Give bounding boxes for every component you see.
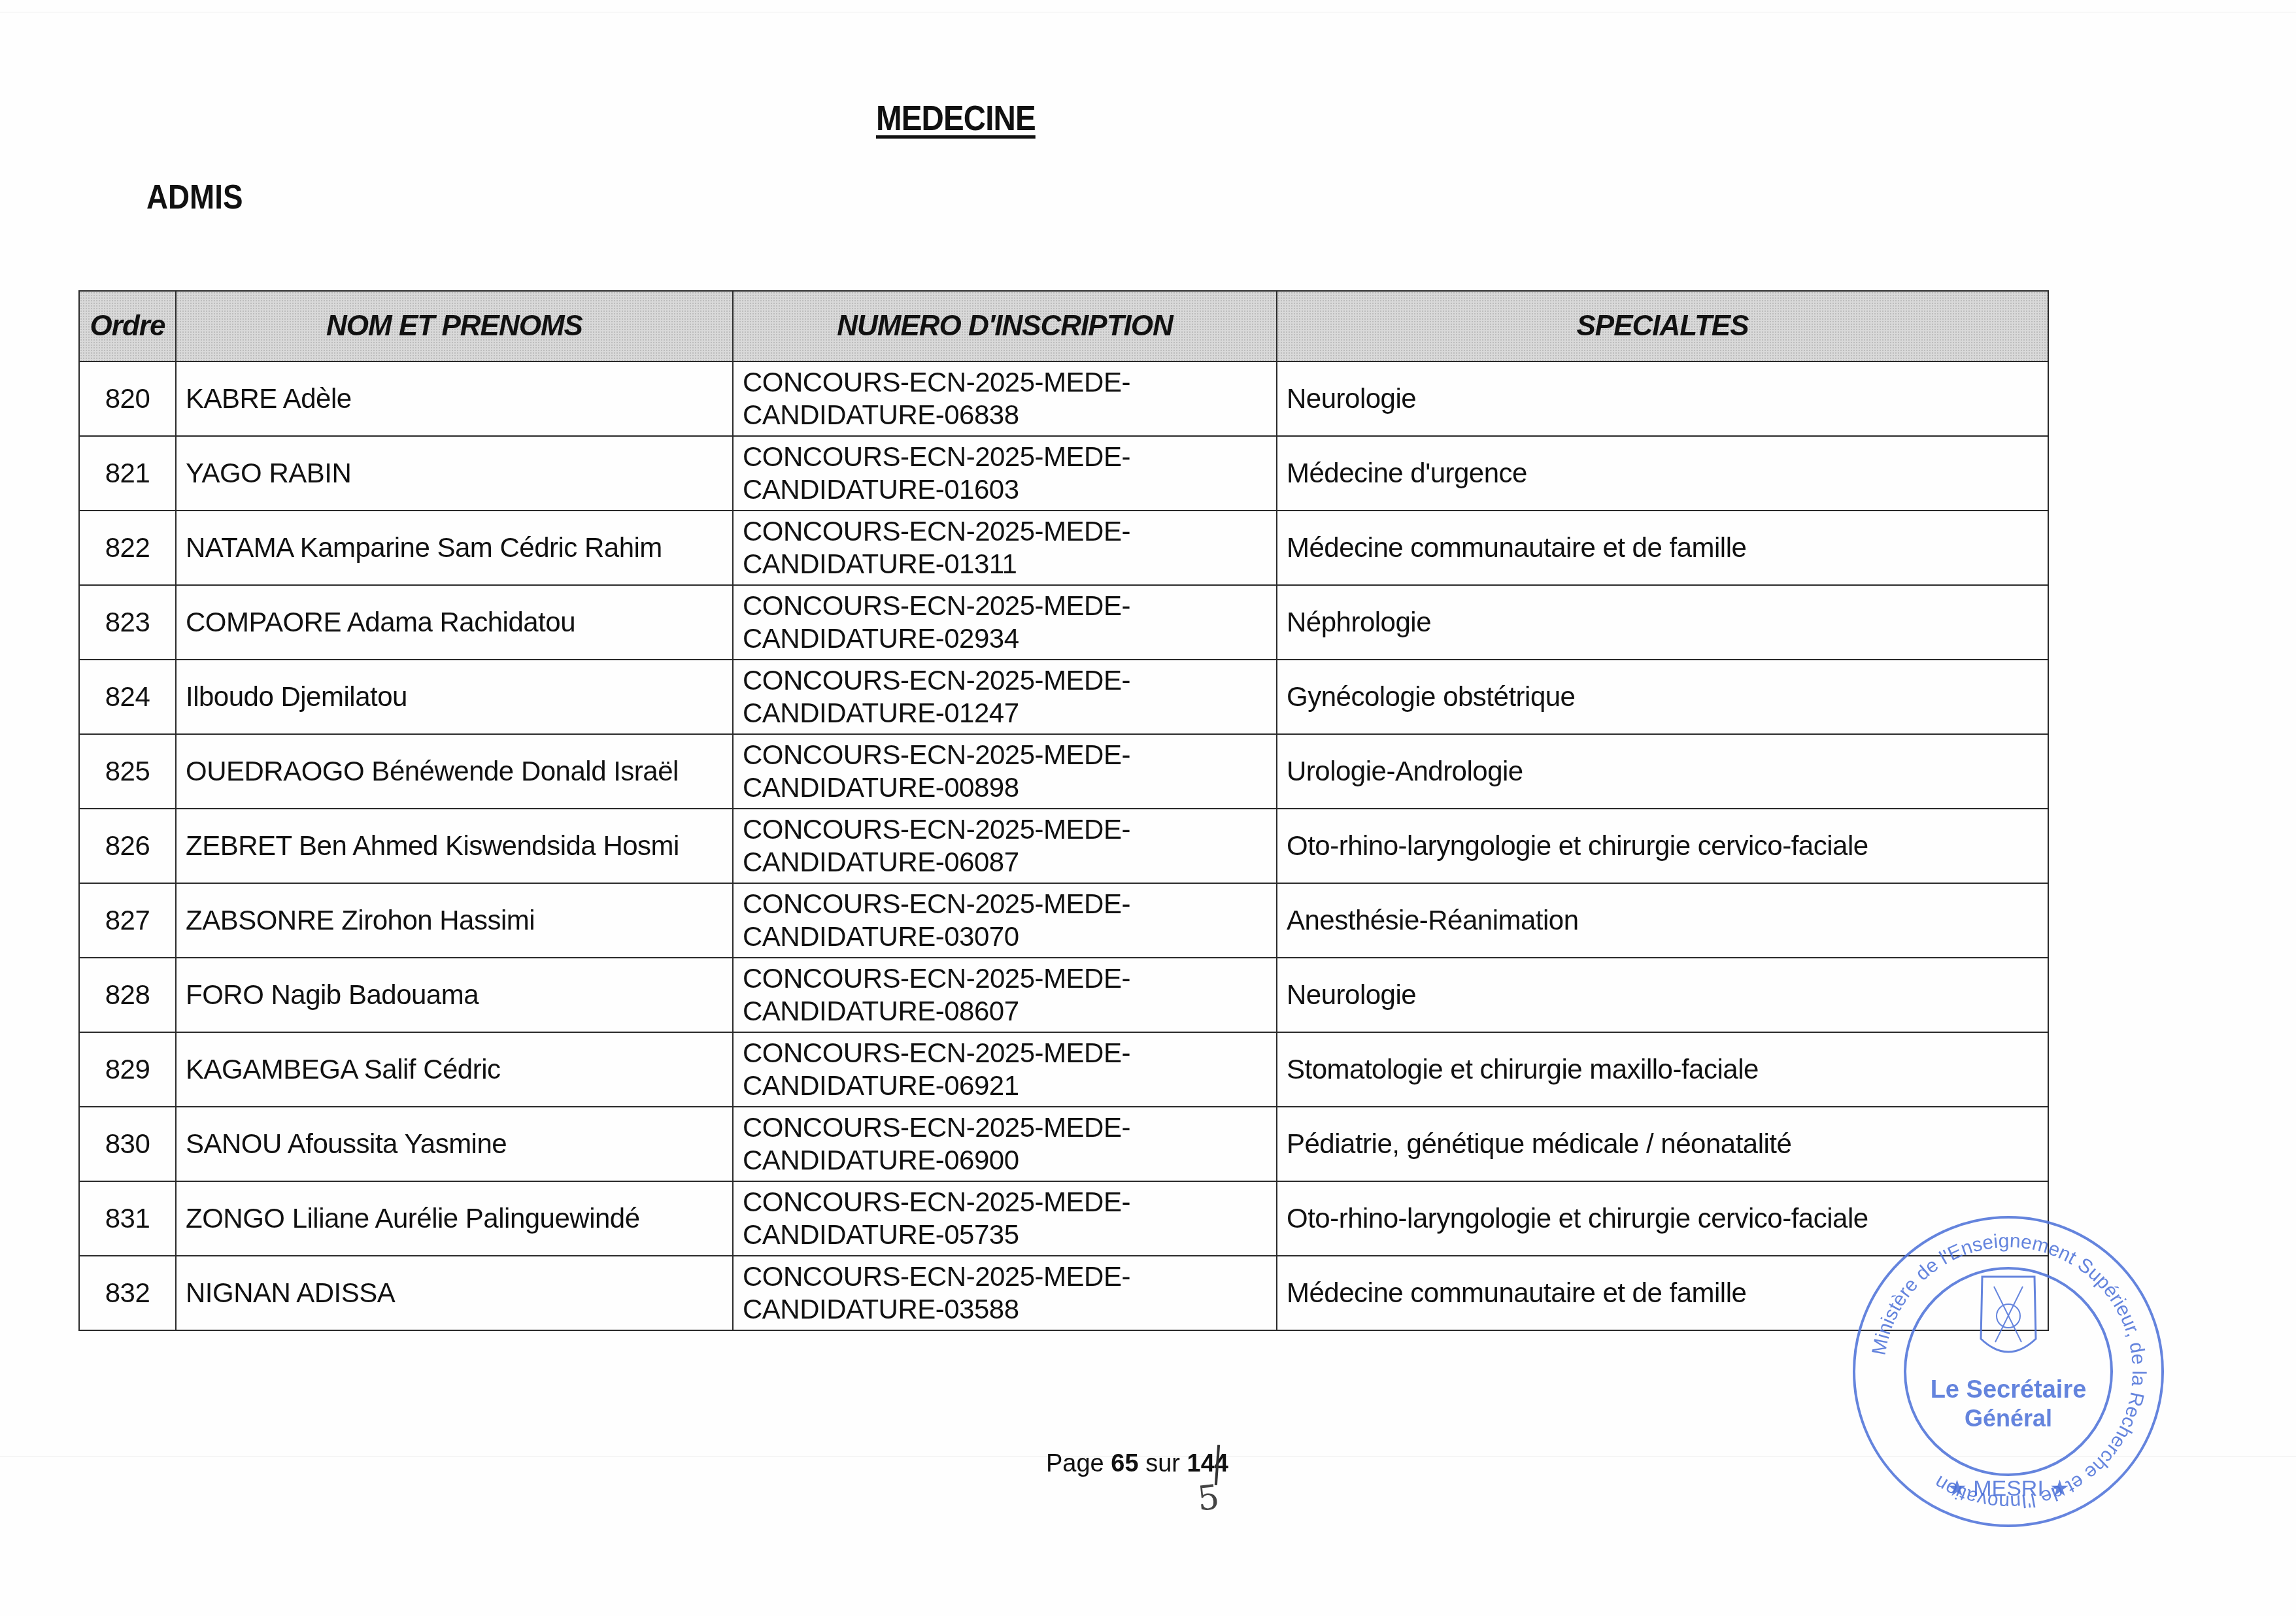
numero-line-2: CANDIDATURE-06900 <box>743 1144 1267 1177</box>
numero-line-1: CONCOURS-ECN-2025-MEDE- <box>743 664 1267 697</box>
cell-specialite: Médecine d'urgence <box>1277 436 2048 511</box>
cell-specialite: Anesthésie-Réanimation <box>1277 883 2048 958</box>
page-prefix: Page <box>1046 1450 1111 1477</box>
scan-artifact-line <box>0 12 2296 12</box>
cell-nom: NATAMA Kamparine Sam Cédric Rahim <box>176 511 733 585</box>
numero-line-1: CONCOURS-ECN-2025-MEDE- <box>743 366 1267 399</box>
table-body: 820KABRE AdèleCONCOURS-ECN-2025-MEDE-CAN… <box>79 362 2048 1330</box>
cell-nom: ZONGO Liliane Aurélie Palinguewindé <box>176 1181 733 1256</box>
numero-line-2: CANDIDATURE-05735 <box>743 1219 1267 1251</box>
cell-nom: KABRE Adèle <box>176 362 733 436</box>
numero-line-2: CANDIDATURE-06087 <box>743 846 1267 879</box>
cell-numero: CONCOURS-ECN-2025-MEDE-CANDIDATURE-01247 <box>733 660 1277 734</box>
cell-nom: KAGAMBEGA Salif Cédric <box>176 1032 733 1107</box>
handwritten-correction: 5 <box>1196 1477 1221 1519</box>
table-row: 826ZEBRET Ben Ahmed Kiswendsida HosmiCON… <box>79 809 2048 883</box>
cell-specialite: Stomatologie et chirurgie maxillo-facial… <box>1277 1032 2048 1107</box>
cell-ordre: 828 <box>79 958 176 1032</box>
cell-numero: CONCOURS-ECN-2025-MEDE-CANDIDATURE-06900 <box>733 1107 1277 1181</box>
cell-ordre: 825 <box>79 734 176 809</box>
numero-line-1: CONCOURS-ECN-2025-MEDE- <box>743 739 1267 771</box>
table-row: 829KAGAMBEGA Salif CédricCONCOURS-ECN-20… <box>79 1032 2048 1107</box>
cell-specialite: Médecine communautaire et de famille <box>1277 511 2048 585</box>
numero-line-1: CONCOURS-ECN-2025-MEDE- <box>743 1260 1267 1293</box>
cell-ordre: 829 <box>79 1032 176 1107</box>
numero-line-2: CANDIDATURE-01311 <box>743 548 1267 581</box>
numero-line-1: CONCOURS-ECN-2025-MEDE- <box>743 1111 1267 1144</box>
numero-line-2: CANDIDATURE-06838 <box>743 399 1267 431</box>
cell-nom: ZEBRET Ben Ahmed Kiswendsida Hosmi <box>176 809 733 883</box>
cell-ordre: 826 <box>79 809 176 883</box>
table-row: 824Ilboudo DjemilatouCONCOURS-ECN-2025-M… <box>79 660 2048 734</box>
numero-line-1: CONCOURS-ECN-2025-MEDE- <box>743 813 1267 846</box>
cell-nom: ZABSONRE Zirohon Hassimi <box>176 883 733 958</box>
table-row: 827ZABSONRE Zirohon HassimiCONCOURS-ECN-… <box>79 883 2048 958</box>
table-header-row: Ordre NOM ET PRENOMS NUMERO D'INSCRIPTIO… <box>79 291 2048 362</box>
cell-numero: CONCOURS-ECN-2025-MEDE-CANDIDATURE-05735 <box>733 1181 1277 1256</box>
numero-line-2: CANDIDATURE-03070 <box>743 920 1267 953</box>
cell-specialite: Gynécologie obstétrique <box>1277 660 2048 734</box>
cell-numero: CONCOURS-ECN-2025-MEDE-CANDIDATURE-06838 <box>733 362 1277 436</box>
cell-ordre: 827 <box>79 883 176 958</box>
header-nom: NOM ET PRENOMS <box>176 291 733 362</box>
cell-ordre: 824 <box>79 660 176 734</box>
numero-line-2: CANDIDATURE-01247 <box>743 697 1267 730</box>
cell-nom: NIGNAN ADISSA <box>176 1256 733 1330</box>
stamp-bottom-text: ★ MESRI ★ <box>1947 1476 2070 1501</box>
cell-nom: OUEDRAOGO Bénéwende Donald Israël <box>176 734 733 809</box>
cell-nom: COMPAORE Adama Rachidatou <box>176 585 733 660</box>
cell-numero: CONCOURS-ECN-2025-MEDE-CANDIDATURE-02934 <box>733 585 1277 660</box>
table-row: 828FORO Nagib BadouamaCONCOURS-ECN-2025-… <box>79 958 2048 1032</box>
cell-numero: CONCOURS-ECN-2025-MEDE-CANDIDATURE-01311 <box>733 511 1277 585</box>
document-title: MEDECINE <box>876 98 1036 139</box>
numero-line-1: CONCOURS-ECN-2025-MEDE- <box>743 1186 1267 1219</box>
cell-specialite: Pédiatrie, génétique médicale / néonatal… <box>1277 1107 2048 1181</box>
cell-specialite: Oto-rhino-laryngologie et chirurgie cerv… <box>1277 809 2048 883</box>
cell-specialite: Neurologie <box>1277 362 2048 436</box>
cell-nom: Ilboudo Djemilatou <box>176 660 733 734</box>
cell-nom: FORO Nagib Badouama <box>176 958 733 1032</box>
table-row: 823COMPAORE Adama RachidatouCONCOURS-ECN… <box>79 585 2048 660</box>
numero-line-2: CANDIDATURE-06921 <box>743 1069 1267 1102</box>
numero-line-1: CONCOURS-ECN-2025-MEDE- <box>743 441 1267 473</box>
cell-ordre: 821 <box>79 436 176 511</box>
page-number: Page 65 sur 144 <box>1046 1450 1228 1478</box>
numero-line-2: CANDIDATURE-01603 <box>743 473 1267 506</box>
numero-line-1: CONCOURS-ECN-2025-MEDE- <box>743 1037 1267 1069</box>
table-row: 825OUEDRAOGO Bénéwende Donald IsraëlCONC… <box>79 734 2048 809</box>
cell-numero: CONCOURS-ECN-2025-MEDE-CANDIDATURE-06087 <box>733 809 1277 883</box>
cell-numero: CONCOURS-ECN-2025-MEDE-CANDIDATURE-01603 <box>733 436 1277 511</box>
cell-specialite: Néphrologie <box>1277 585 2048 660</box>
page-current: 65 <box>1111 1450 1138 1477</box>
header-ordre: Ordre <box>79 291 176 362</box>
cell-ordre: 830 <box>79 1107 176 1181</box>
numero-line-1: CONCOURS-ECN-2025-MEDE- <box>743 590 1267 622</box>
cell-nom: YAGO RABIN <box>176 436 733 511</box>
cell-nom: SANOU Afoussita Yasmine <box>176 1107 733 1181</box>
table-row: 820KABRE AdèleCONCOURS-ECN-2025-MEDE-CAN… <box>79 362 2048 436</box>
stamp-outer-text: Ministère de l'Enseignement Supérieur, d… <box>1868 1230 2150 1513</box>
cell-ordre: 832 <box>79 1256 176 1330</box>
table-row: 821YAGO RABINCONCOURS-ECN-2025-MEDE-CAND… <box>79 436 2048 511</box>
table-row: 832NIGNAN ADISSACONCOURS-ECN-2025-MEDE-C… <box>79 1256 2048 1330</box>
official-stamp: Ministère de l'Enseignement Supérieur, d… <box>1845 1208 2172 1535</box>
cell-numero: CONCOURS-ECN-2025-MEDE-CANDIDATURE-00898 <box>733 734 1277 809</box>
page-total: 144 <box>1187 1450 1228 1477</box>
numero-line-2: CANDIDATURE-03588 <box>743 1293 1267 1326</box>
cell-numero: CONCOURS-ECN-2025-MEDE-CANDIDATURE-03588 <box>733 1256 1277 1330</box>
numero-line-2: CANDIDATURE-02934 <box>743 622 1267 655</box>
document-page: MEDECINE ADMIS Ordre NOM ET PRENOMS NUME… <box>0 0 2296 1616</box>
cell-ordre: 823 <box>79 585 176 660</box>
admitted-table: Ordre NOM ET PRENOMS NUMERO D'INSCRIPTIO… <box>78 290 2049 1331</box>
cell-numero: CONCOURS-ECN-2025-MEDE-CANDIDATURE-06921 <box>733 1032 1277 1107</box>
cell-specialite: Urologie-Andrologie <box>1277 734 2048 809</box>
table-row: 831ZONGO Liliane Aurélie PalinguewindéCO… <box>79 1181 2048 1256</box>
cell-specialite: Neurologie <box>1277 958 2048 1032</box>
section-heading: ADMIS <box>146 178 243 217</box>
cell-ordre: 822 <box>79 511 176 585</box>
cell-numero: CONCOURS-ECN-2025-MEDE-CANDIDATURE-03070 <box>733 883 1277 958</box>
table-row: 822NATAMA Kamparine Sam Cédric RahimCONC… <box>79 511 2048 585</box>
numero-line-1: CONCOURS-ECN-2025-MEDE- <box>743 888 1267 920</box>
stamp-title-line2: Général <box>1965 1405 2052 1432</box>
header-specialite: SPECIALTES <box>1277 291 2048 362</box>
numero-line-2: CANDIDATURE-00898 <box>743 771 1267 804</box>
table-row: 830SANOU Afoussita YasmineCONCOURS-ECN-2… <box>79 1107 2048 1181</box>
stamp-inner-ring <box>1905 1268 2112 1475</box>
numero-line-1: CONCOURS-ECN-2025-MEDE- <box>743 962 1267 995</box>
header-numero: NUMERO D'INSCRIPTION <box>733 291 1277 362</box>
stamp-title-line1: Le Secrétaire <box>1931 1376 2087 1404</box>
numero-line-1: CONCOURS-ECN-2025-MEDE- <box>743 515 1267 548</box>
cell-ordre: 831 <box>79 1181 176 1256</box>
cell-numero: CONCOURS-ECN-2025-MEDE-CANDIDATURE-08607 <box>733 958 1277 1032</box>
page-sep: sur <box>1139 1450 1187 1477</box>
numero-line-2: CANDIDATURE-08607 <box>743 995 1267 1028</box>
cell-ordre: 820 <box>79 362 176 436</box>
